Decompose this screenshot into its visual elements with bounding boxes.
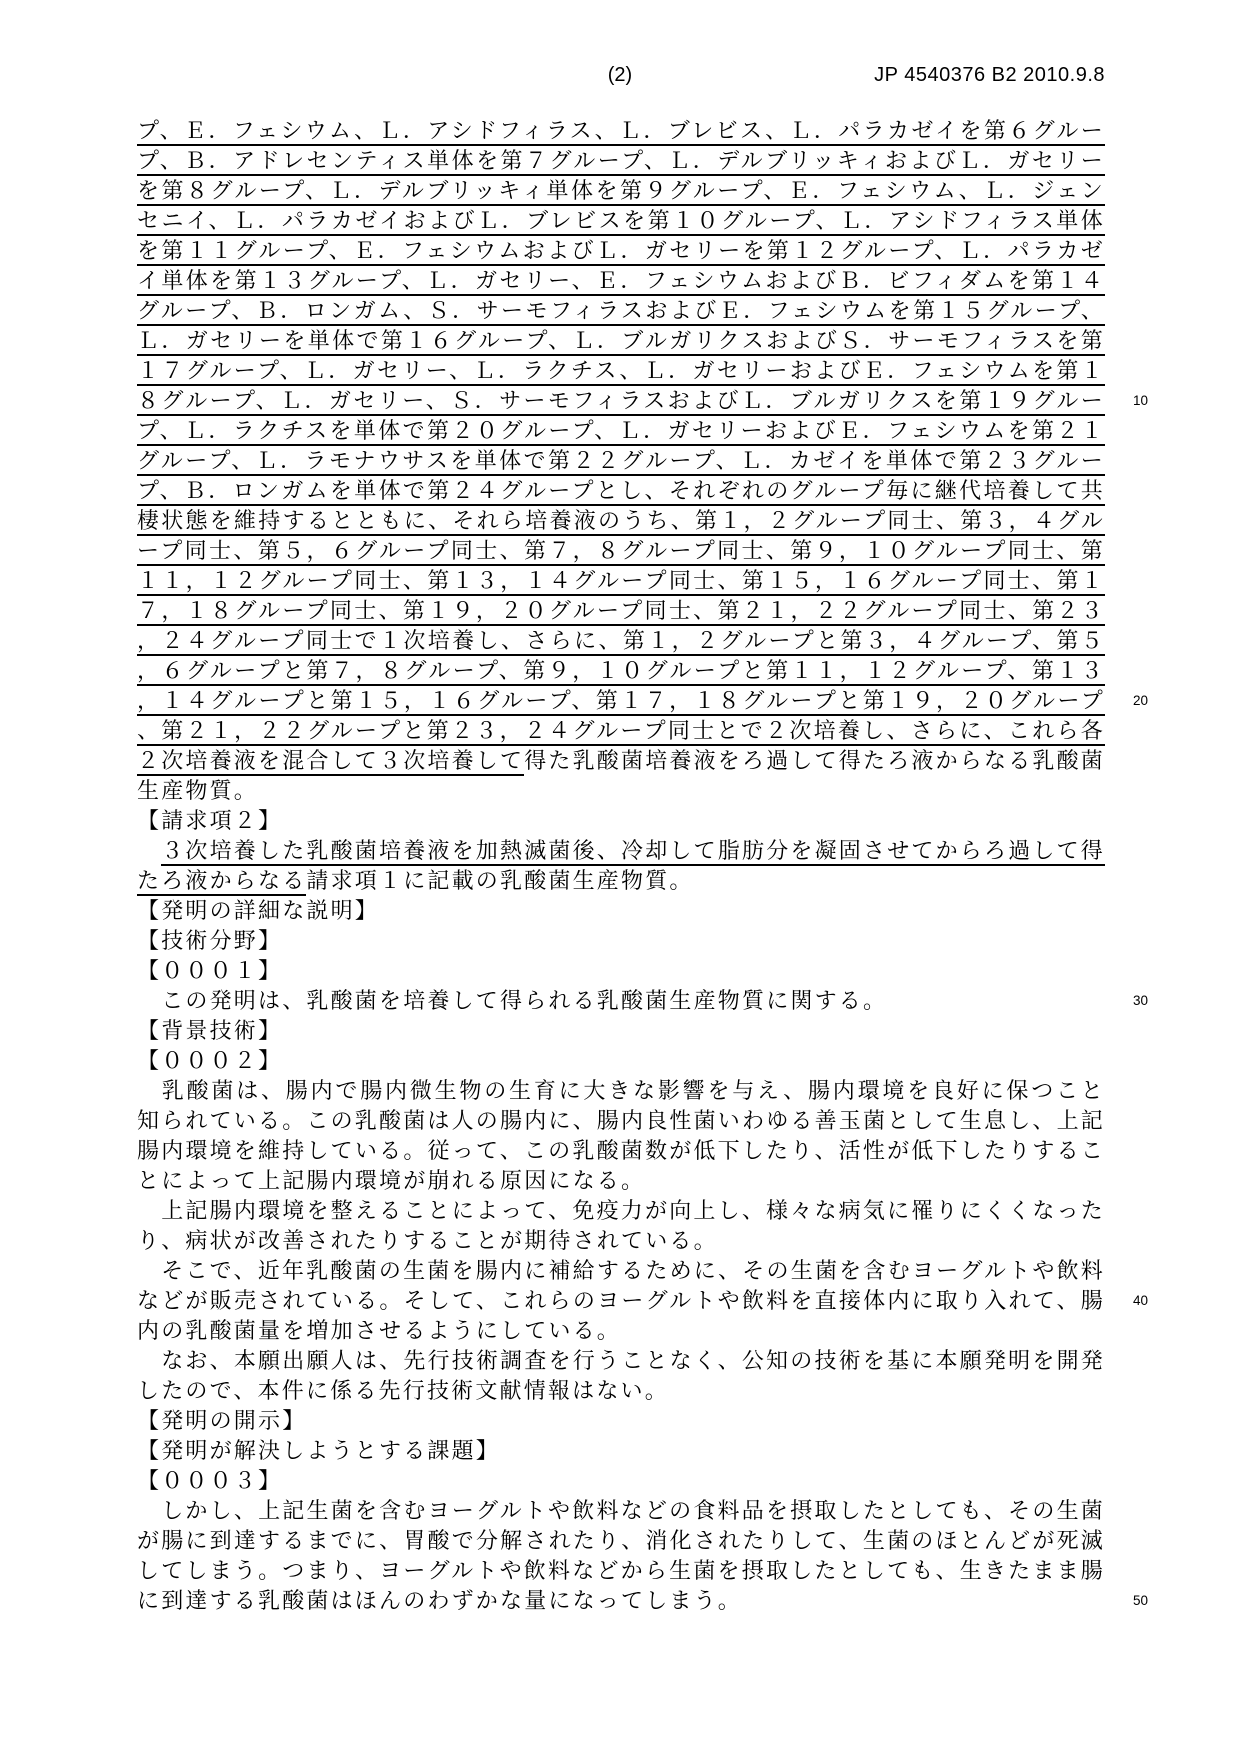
text-segment: なお、本願出願人は、先行技術調査を行うことなく、公知の技術を基に本願発明を開発 <box>137 1348 1105 1373</box>
text-line: 【０００１】 <box>137 956 1105 986</box>
text-segment: り、病状が改善されたりすることが期待されている。 <box>137 1228 718 1253</box>
text-line: そこで、近年乳酸菌の生菌を腸内に補給するために、その生菌を含むヨーグルトや飲料 <box>137 1256 1105 1286</box>
text-line: 乳酸菌は、腸内で腸内微生物の生育に大きな影響を与え、腸内環境を良好に保つことが <box>137 1076 1105 1106</box>
text-line: り、病状が改善されたりすることが期待されている。 <box>137 1226 1105 1256</box>
underlined-text-segment: 棲状態を維持するとともに、それら培養液のうち、第１，２グループ同士、第３，４グル <box>137 508 1105 536</box>
text-line: プ、Ｌ．ラクチスを単体で第２０グループ、Ｌ．ガセリーおよびＥ．フェシウムを第２１ <box>137 416 1105 446</box>
text-line: 内の乳酸菌量を増加させるようにしている。 <box>137 1316 1105 1346</box>
text-line: 、第２１，２２グループと第２３，２４グループ同士とで２次培養し、さらに、これら各 <box>137 716 1105 746</box>
line-number-marker: 10 <box>1133 386 1169 416</box>
text-line: 生産物質。 <box>137 776 1105 806</box>
text-line: 知られている。この乳酸菌は人の腸内に、腸内良性菌いわゆる善玉菌として生息し、上記 <box>137 1106 1105 1136</box>
text-segment: に到達する乳酸菌はほんのわずかな量になってしまう。 <box>137 1588 742 1613</box>
text-segment: 得た乳酸菌培養液をろ過して得たろ液からなる乳酸菌 <box>524 748 1105 773</box>
text-line: が腸に到達するまでに、胃酸で分解されたり、消化されたりして、生菌のほとんどが死滅 <box>137 1526 1105 1556</box>
underlined-text-segment: プ、Ｅ．フェシウム、Ｌ．アシドフィラス、Ｌ．ブレビス、Ｌ．パラカゼイを第６グルー <box>137 118 1105 146</box>
underlined-text-segment: グループ、Ｂ．ロンガム、Ｓ．サーモフィラスおよびＥ．フェシウムを第１５グループ、 <box>137 298 1105 326</box>
underlined-text-segment: を第１１グループ、Ｅ．フェシウムおよびＬ．ガセリーを第１２グループ、Ｌ．パラカゼ <box>137 238 1105 266</box>
text-line: 【発明の詳細な説明】 <box>137 896 1105 926</box>
text-line: に到達する乳酸菌はほんのわずかな量になってしまう。 <box>137 1586 1105 1616</box>
underlined-text-segment: ３次培養した乳酸菌培養液を加熱滅菌後、冷却して脂肪分を凝固させてからろ過して得 <box>161 838 1105 866</box>
underlined-text-segment: グループ、Ｌ．ラモナウサスを単体で第２２グループ、Ｌ．カゼイを単体で第２３グルー <box>137 448 1105 476</box>
line-number-column: 1020304050 <box>1133 0 1173 1755</box>
underlined-text-segment: プ、Ｂ．アドレセンティス単体を第７グループ、Ｌ．デルブリッキィおよびＬ．ガセリー <box>137 148 1105 176</box>
text-line: １１，１２グループ同士、第１３，１４グループ同士、第１５，１６グループ同士、第１ <box>137 566 1105 596</box>
text-line: とによって上記腸内環境が崩れる原因になる。 <box>137 1166 1105 1196</box>
text-segment: 【０００２】 <box>137 1048 282 1073</box>
text-line: 【０００２】 <box>137 1046 1105 1076</box>
text-segment: この発明は、乳酸菌を培養して得られる乳酸菌生産物質に関する。 <box>137 988 887 1013</box>
underlined-text-segment: Ｌ．ガセリーを単体で第１６グループ、Ｌ．ブルガリクスおよびＳ．サーモフィラスを第 <box>137 328 1105 356</box>
document-body: プ、Ｅ．フェシウム、Ｌ．アシドフィラス、Ｌ．ブレビス、Ｌ．パラカゼイを第６グルー… <box>137 116 1105 1616</box>
text-segment: 内の乳酸菌量を増加させるようにしている。 <box>137 1318 621 1343</box>
text-segment: 【発明の詳細な説明】 <box>137 898 379 923</box>
text-line: 【請求項２】 <box>137 806 1105 836</box>
text-line: プ、Ｂ．ロンガムを単体で第２４グループとし、それぞれのグループ毎に継代培養して共 <box>137 476 1105 506</box>
text-line: グループ、Ｌ．ラモナウサスを単体で第２２グループ、Ｌ．カゼイを単体で第２３グルー <box>137 446 1105 476</box>
text-line: を第１１グループ、Ｅ．フェシウムおよびＬ．ガセリーを第１２グループ、Ｌ．パラカゼ <box>137 236 1105 266</box>
text-line: １７グループ、Ｌ．ガセリー、Ｌ．ラクチス、Ｌ．ガセリーおよびＥ．フェシウムを第１ <box>137 356 1105 386</box>
text-line: ，１４グループと第１５，１６グループ、第１７，１８グループと第１９，２０グループ <box>137 686 1105 716</box>
text-segment: 【請求項２】 <box>137 808 282 833</box>
text-line: ７，１８グループ同士、第１９，２０グループ同士、第２１，２２グループ同士、第２３ <box>137 596 1105 626</box>
text-segment: 【０００１】 <box>137 958 282 983</box>
text-segment: 【背景技術】 <box>137 1018 282 1043</box>
text-line: ープ同士、第５，６グループ同士、第７，８グループ同士、第９，１０グループ同士、第 <box>137 536 1105 566</box>
text-segment: 【技術分野】 <box>137 928 282 953</box>
text-line: しかし、上記生菌を含むヨーグルトや飲料などの食料品を摂取したとしても、その生菌 <box>137 1496 1105 1526</box>
text-line: 【技術分野】 <box>137 926 1105 956</box>
underlined-text-segment: イ単体を第１３グループ、Ｌ．ガセリー、Ｅ．フェシウムおよびＢ．ビフィダムを第１４ <box>137 268 1105 296</box>
underlined-text-segment: たろ液からなる <box>137 868 306 896</box>
text-line: 腸内環境を維持している。従って、この乳酸菌数が低下したり、活性が低下したりするこ <box>137 1136 1105 1166</box>
text-segment <box>137 838 161 863</box>
text-line: プ、Ｅ．フェシウム、Ｌ．アシドフィラス、Ｌ．ブレビス、Ｌ．パラカゼイを第６グルー <box>137 116 1105 146</box>
line-number-marker: 50 <box>1133 1586 1169 1616</box>
underlined-text-segment: ，２４グループ同士で１次培養し、さらに、第１，２グループと第３，４グループ、第５ <box>137 628 1105 656</box>
text-segment: 生産物質。 <box>137 778 258 803</box>
text-segment: そこで、近年乳酸菌の生菌を腸内に補給するために、その生菌を含むヨーグルトや飲料 <box>137 1258 1105 1283</box>
text-segment: 請求項１に記載の乳酸菌生産物質。 <box>306 868 693 893</box>
text-line: 【発明の開示】 <box>137 1406 1105 1436</box>
text-line: ３次培養した乳酸菌培養液を加熱滅菌後、冷却して脂肪分を凝固させてからろ過して得 <box>137 836 1105 866</box>
text-line: ，６グループと第７，８グループ、第９，１０グループと第１１，１２グループ、第１３ <box>137 656 1105 686</box>
text-segment: してしまう。つまり、ヨーグルトや飲料などから生菌を摂取したとしても、生きたまま腸 <box>137 1558 1105 1583</box>
text-segment: 【発明が解決しようとする課題】 <box>137 1438 500 1463</box>
underlined-text-segment: ，６グループと第７，８グループ、第９，１０グループと第１１，１２グループ、第１３ <box>137 658 1105 686</box>
underlined-text-segment: 、第２１，２２グループと第２３，２４グループ同士とで２次培養し、さらに、これら各 <box>137 718 1105 746</box>
text-line: セニイ、Ｌ．パラカゼイおよびＬ．ブレビスを第１０グループ、Ｌ．アシドフィラス単体 <box>137 206 1105 236</box>
underlined-text-segment: プ、Ｌ．ラクチスを単体で第２０グループ、Ｌ．ガセリーおよびＥ．フェシウムを第２１ <box>137 418 1105 446</box>
underlined-text-segment: ７，１８グループ同士、第１９，２０グループ同士、第２１，２２グループ同士、第２３ <box>137 598 1105 626</box>
underlined-text-segment: １７グループ、Ｌ．ガセリー、Ｌ．ラクチス、Ｌ．ガセリーおよびＥ．フェシウムを第１ <box>137 358 1105 386</box>
line-number-marker: 40 <box>1133 1286 1169 1316</box>
text-line: たろ液からなる請求項１に記載の乳酸菌生産物質。 <box>137 866 1105 896</box>
text-line: してしまう。つまり、ヨーグルトや飲料などから生菌を摂取したとしても、生きたまま腸 <box>137 1556 1105 1586</box>
text-line: ２次培養液を混合して３次培養して得た乳酸菌培養液をろ過して得たろ液からなる乳酸菌 <box>137 746 1105 776</box>
text-line: 【０００３】 <box>137 1466 1105 1496</box>
text-line: ，２４グループ同士で１次培養し、さらに、第１，２グループと第３，４グループ、第５ <box>137 626 1105 656</box>
text-segment: したので、本件に係る先行技術文献情報はない。 <box>137 1378 669 1403</box>
text-line: グループ、Ｂ．ロンガム、Ｓ．サーモフィラスおよびＥ．フェシウムを第１５グループ、 <box>137 296 1105 326</box>
line-number-marker: 20 <box>1133 686 1169 716</box>
text-segment: 【０００３】 <box>137 1468 282 1493</box>
text-segment: 上記腸内環境を整えることによって、免疫力が向上し、様々な病気に罹りにくくなった <box>137 1198 1105 1223</box>
text-segment: とによって上記腸内環境が崩れる原因になる。 <box>137 1168 645 1193</box>
underlined-text-segment: を第８グループ、Ｌ．デルブリッキィ単体を第９グループ、Ｅ．フェシウム、Ｌ．ジェン <box>137 178 1105 206</box>
text-line: 棲状態を維持するとともに、それら培養液のうち、第１，２グループ同士、第３，４グル <box>137 506 1105 536</box>
text-segment: しかし、上記生菌を含むヨーグルトや飲料などの食料品を摂取したとしても、その生菌 <box>137 1498 1105 1523</box>
text-segment: 知られている。この乳酸菌は人の腸内に、腸内良性菌いわゆる善玉菌として生息し、上記 <box>137 1108 1105 1133</box>
text-line: なお、本願出願人は、先行技術調査を行うことなく、公知の技術を基に本願発明を開発 <box>137 1346 1105 1376</box>
line-number-marker: 30 <box>1133 986 1169 1016</box>
text-segment: 【発明の開示】 <box>137 1408 306 1433</box>
underlined-text-segment: ２次培養液を混合して３次培養して <box>137 748 524 776</box>
text-line: などが販売されている。そして、これらのヨーグルトや飲料を直接体内に取り入れて、腸 <box>137 1286 1105 1316</box>
text-segment: などが販売されている。そして、これらのヨーグルトや飲料を直接体内に取り入れて、腸 <box>137 1288 1105 1313</box>
underlined-text-segment: １１，１２グループ同士、第１３，１４グループ同士、第１５，１６グループ同士、第１ <box>137 568 1105 596</box>
patent-page: (2) JP 4540376 B2 2010.9.8 プ、Ｅ．フェシウム、Ｌ．ア… <box>0 0 1240 1755</box>
underlined-text-segment: セニイ、Ｌ．パラカゼイおよびＬ．ブレビスを第１０グループ、Ｌ．アシドフィラス単体 <box>137 208 1105 236</box>
text-line: を第８グループ、Ｌ．デルブリッキィ単体を第９グループ、Ｅ．フェシウム、Ｌ．ジェン <box>137 176 1105 206</box>
text-segment: 腸内環境を維持している。従って、この乳酸菌数が低下したり、活性が低下したりするこ <box>137 1138 1105 1163</box>
page-header: (2) JP 4540376 B2 2010.9.8 <box>0 62 1240 88</box>
publication-number: JP 4540376 B2 2010.9.8 <box>874 62 1105 88</box>
text-line: プ、Ｂ．アドレセンティス単体を第７グループ、Ｌ．デルブリッキィおよびＬ．ガセリー <box>137 146 1105 176</box>
underlined-text-segment: ，１４グループと第１５，１６グループ、第１７，１８グループと第１９，２０グループ <box>137 688 1105 716</box>
text-line: Ｌ．ガセリーを単体で第１６グループ、Ｌ．ブルガリクスおよびＳ．サーモフィラスを第 <box>137 326 1105 356</box>
text-line: 上記腸内環境を整えることによって、免疫力が向上し、様々な病気に罹りにくくなった <box>137 1196 1105 1226</box>
text-line: イ単体を第１３グループ、Ｌ．ガセリー、Ｅ．フェシウムおよびＢ．ビフィダムを第１４ <box>137 266 1105 296</box>
text-line: 【発明が解決しようとする課題】 <box>137 1436 1105 1466</box>
text-line: したので、本件に係る先行技術文献情報はない。 <box>137 1376 1105 1406</box>
text-line: この発明は、乳酸菌を培養して得られる乳酸菌生産物質に関する。 <box>137 986 1105 1016</box>
text-segment: が腸に到達するまでに、胃酸で分解されたり、消化されたりして、生菌のほとんどが死滅 <box>137 1528 1105 1553</box>
underlined-text-segment: ８グループ、Ｌ．ガセリー、Ｓ．サーモフィラスおよびＬ．ブルガリクスを第１９グルー <box>137 388 1105 416</box>
text-line: 【背景技術】 <box>137 1016 1105 1046</box>
text-segment: 乳酸菌は、腸内で腸内微生物の生育に大きな影響を与え、腸内環境を良好に保つことが <box>137 1078 1105 1106</box>
text-line: ８グループ、Ｌ．ガセリー、Ｓ．サーモフィラスおよびＬ．ブルガリクスを第１９グルー <box>137 386 1105 416</box>
underlined-text-segment: ープ同士、第５，６グループ同士、第７，８グループ同士、第９，１０グループ同士、第 <box>137 538 1105 566</box>
underlined-text-segment: プ、Ｂ．ロンガムを単体で第２４グループとし、それぞれのグループ毎に継代培養して共 <box>137 478 1105 506</box>
